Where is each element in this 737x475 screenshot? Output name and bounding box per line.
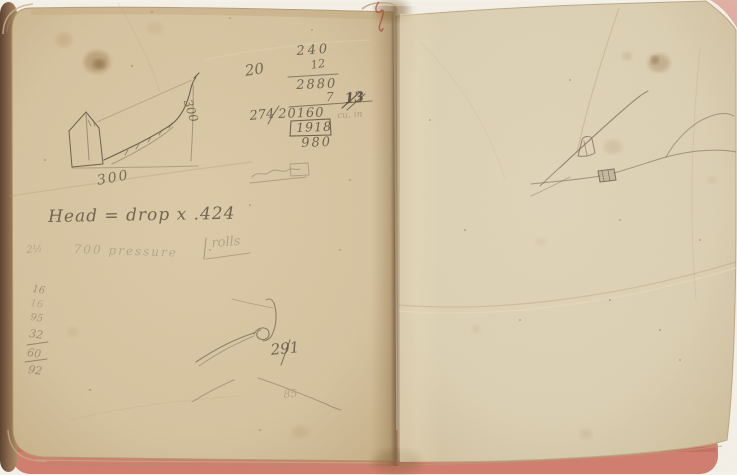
notebook-artwork (0, 0, 737, 475)
paper-grain (10, 2, 737, 472)
map-building (598, 169, 616, 182)
notebook-scan: 300 300 20 240 12 2880 7 13 274 20160 cu… (0, 0, 737, 475)
